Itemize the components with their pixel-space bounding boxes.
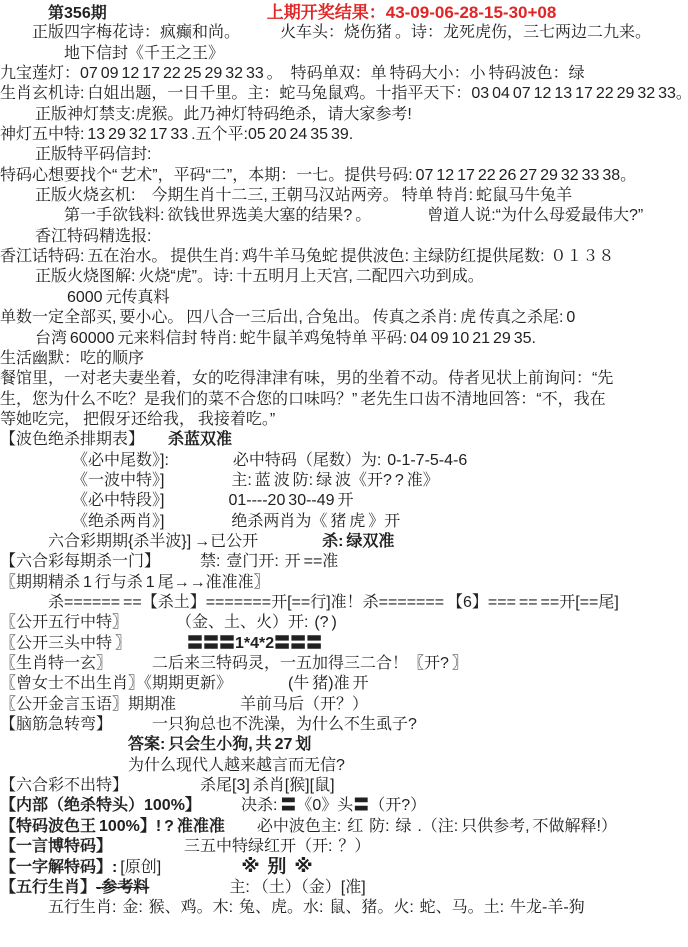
text-line-3: 地下信封《千王之王》 (0, 44, 688, 64)
text-segment: 《一波中特》] 主: 蓝 波 防: 绿 波《开? ? 准》 (0, 472, 439, 489)
text-line-16: 单数一定全部买, 要小心。 四八合一三后出, 合兔出。 传真之杀肖: 虎 传真之… (0, 308, 688, 328)
text-segment: 〖期期精杀 1 行与杀 1 尾→→准准准〗 (0, 574, 270, 591)
text-segment: 【一言博特码】 (0, 838, 104, 855)
text-segment: 〓〓〓1*4*2〓〓〓 (187, 635, 322, 652)
text-segment (161, 859, 241, 876)
text-line-4: 九宝莲灯：07 09 12 17 22 25 29 32 33 。 特码单双：单… (0, 64, 688, 84)
text-segment: 【脑筋急转弯】 一只狗总也不洗澡，为什么不生虱子? (0, 716, 417, 733)
text-segment: 生肖玄机诗: 白姐出题，一日千里。主：蛇马兔鼠鸡。十指平天下：03 04 07 … (0, 85, 688, 102)
text-line-33: 〖生肖特一玄〗 二后来三特码灵，一五加得三二合！〖开? 〗 (0, 654, 688, 674)
text-segment: 等她吃完， 把假牙还给我， 我接着吃。” (0, 411, 275, 428)
issue-number: 第356期 (48, 5, 107, 22)
text-line-5: 生肖玄机诗: 白姐出题，一日千里。主：蛇马兔鼠鸡。十指平天下：03 04 07 … (0, 84, 688, 104)
text-segment: 决杀: 〓《0》头〓（开?） (193, 797, 426, 814)
text-segment: 正版火烧玄机: 今期生肖十二三, 王朝马汉站两旁。 特单 特肖: 蛇鼠马牛兔羊 (0, 187, 572, 204)
header-line: 第356期 上期开奖结果：43-09-06-28-15-30+08 (0, 3, 688, 23)
text-line-45: 五行生肖: 金: 猴、鸡。木: 兔、虎。水: 鼠、猪。火: 蛇、马。土: 牛龙-… (0, 898, 688, 918)
text-segment: 生，您为什么不吃？是我们的菜不合您的口味吗？” 老先生口齿不清地回答：“不，我在 (0, 391, 606, 408)
text-segment: 六合彩期期{杀半波}] →已公开 (0, 533, 322, 550)
text-segment: 【内部（绝杀特头）100%】 (0, 797, 193, 814)
previous-draw-result: 上期开奖结果：43-09-06-28-15-30+08 (267, 3, 557, 22)
text-segment: 单数一定全部买, 要小心。 四八合一三后出, 合兔出。 传真之杀肖: 虎 传真之… (0, 309, 575, 326)
text-segment: 特码心想要找个“ 艺术”，平码“二”，本期：一七。提供号码: 07 12 17 … (0, 167, 636, 184)
text-line-43: 【一字解特码】: [原创] ※ 别 ※ (0, 857, 688, 877)
text-line-44: 【五行生肖】-参考料 主: （土）（金）[准] (0, 878, 688, 898)
text-segment: [原创] (120, 859, 161, 876)
text-segment: 九宝莲灯：07 09 12 17 22 25 29 32 33 。 特码单双：单… (0, 65, 585, 82)
text-line-42: 【一言博特码】 三五中特绿红开（开: ？） (0, 837, 688, 857)
text-segment (107, 5, 267, 22)
text-segment: 第一手欲钱料: 欲钱世界选美大塞的结果? 。 曾道人说:“为什么母爱最伟大?” (0, 207, 643, 224)
text-segment: 【六合彩每期杀一门】 禁: 壹门开: 开 ==准 (0, 553, 338, 570)
text-line-21: 等她吃完， 把假牙还给我， 我接着吃。” (0, 410, 688, 430)
text-line-13: 香江话特码: 五在治水。 提供生肖: 鸡牛羊马兔蛇 提供波色: 主绿防红提供尾数… (0, 247, 688, 267)
text-segment: 《绝杀两肖》] 绝杀两肖为《 猪 虎 》开 (0, 513, 400, 530)
text-segment: 【特码波色王 100%】! ? 准准准 (0, 818, 225, 835)
text-segment: 正版四字梅花诗：疯癫和尚。 火车头：烧伤猪 。诗：龙死虎伤，三七两边二九来。 (0, 24, 651, 41)
text-line-19: 餐馆里，一对老夫妻坐着，女的吃得津津有味，男的坐着不动。侍者见状上前询问：“先 (0, 369, 688, 389)
text-segment: 杀====== ==【杀土】=======开[==行]准！杀======= 【6… (0, 594, 619, 611)
text-line-41: 【特码波色王 100%】! ? 准准准 必中波色主: 红 防: 绿 .（注: 只… (0, 817, 688, 837)
text-line-28: 【六合彩每期杀一门】 禁: 壹门开: 开 ==准 (0, 552, 688, 572)
text-segment: 《必中尾数》]: 必中特码（尾数）为: 0-1-7-5-4-6 (0, 452, 467, 469)
text-line-24: 《一波中特》] 主: 蓝 波 防: 绿 波《开? ? 准》 (0, 471, 688, 491)
text-segment: 为什么现代人越来越言而无信? (0, 757, 345, 774)
text-line-31: 〖公开五行中特〗 （金、土、火）开: (? ) (0, 613, 688, 633)
text-line-10: 正版火烧玄机: 今期生肖十二三, 王朝马汉站两旁。 特单 特肖: 蛇鼠马牛兔羊 (0, 186, 688, 206)
text-segment: 地下信封《千王之王》 (0, 45, 224, 62)
text-segment: 【一字解特码】: (0, 859, 120, 876)
text-line-11: 第一手欲钱料: 欲钱世界选美大塞的结果? 。 曾道人说:“为什么母爱最伟大?” (0, 206, 688, 226)
text-line-32: 〖公开三头中特 〗 〓〓〓1*4*2〓〓〓 (0, 634, 688, 654)
text-segment: 6000 元传真料 (0, 289, 170, 306)
text-line-37: 答案: 只会生小狗, 共 27 划 (0, 735, 688, 755)
text-segment: 正版火烧图解: 火烧“虎”。诗: 十五明月上天宫, 二配四六功到成。 (0, 268, 484, 285)
text-segment: 台湾 60000 元来料信封 特肖: 蛇牛鼠羊鸡兔特单 平码: 04 09 10… (0, 330, 536, 347)
lottery-tip-sheet: 第356期 上期开奖结果：43-09-06-28-15-30+08 正版四字梅花… (0, 0, 688, 947)
text-line-29: 〖期期精杀 1 行与杀 1 尾→→准准准〗 (0, 573, 688, 593)
text-segment: 〖曾女士不出生肖〗《期期更新》 (牛 猪)准 开 (0, 675, 369, 692)
text-segment: 生活幽默：吃的顺序 (0, 350, 144, 367)
text-segment: 【六合彩不出特】 杀尾[3] 杀肖[猴][鼠] (0, 777, 335, 794)
text-line-39: 【六合彩不出特】 杀尾[3] 杀肖[猴][鼠] (0, 776, 688, 796)
text-line-25: 《必中特段》] 01----20 30--49 开 (0, 491, 688, 511)
text-line-27: 六合彩期期{杀半波}] →已公开 杀: 绿双准 (0, 532, 688, 552)
text-segment: -参考料 (96, 879, 149, 896)
text-segment: 〖公开金言玉语〗期期准 羊前马后（开？） (0, 696, 368, 713)
text-segment: 香江话特码: 五在治水。 提供生肖: 鸡牛羊马兔蛇 提供波色: 主绿防红提供尾数… (0, 248, 614, 265)
text-segment: 杀: 绿双准 (322, 533, 394, 550)
text-line-38: 为什么现代人越来越言而无信? (0, 756, 688, 776)
text-segment: 杀蓝双准 (136, 431, 232, 448)
text-line-34: 〖曾女士不出生肖〗《期期更新》 (牛 猪)准 开 (0, 674, 688, 694)
text-segment: 答案: 只会生小狗, 共 27 划 (128, 736, 311, 753)
text-segment: 【波色绝杀排期表】 (0, 431, 136, 448)
text-segment: 〖生肖特一玄〗 二后来三特码灵，一五加得三二合！〖开? 〗 (0, 655, 468, 672)
text-segment: 〖公开五行中特〗 （金、土、火）开: (? ) (0, 614, 337, 631)
text-segment: 香江特码精选报: (0, 228, 151, 245)
text-line-35: 〖公开金言玉语〗期期准 羊前马后（开？） (0, 695, 688, 715)
text-line-30: 杀====== ==【杀土】=======开[==行]准！杀======= 【6… (0, 593, 688, 613)
text-line-6: 正版神灯禁支:虎猴。此乃神灯特码绝杀，请大家参考! (0, 105, 688, 125)
text-line-23: 《必中尾数》]: 必中特码（尾数）为: 0-1-7-5-4-6 (0, 451, 688, 471)
text-segment (0, 5, 48, 22)
text-segment: 正版神灯禁支:虎猴。此乃神灯特码绝杀，请大家参考! (0, 106, 412, 123)
document-body: 第356期 上期开奖结果：43-09-06-28-15-30+08 正版四字梅花… (0, 3, 688, 918)
text-segment: 【五行生肖】 (0, 879, 96, 896)
text-line-36: 【脑筋急转弯】 一只狗总也不洗澡，为什么不生虱子? (0, 715, 688, 735)
text-segment (0, 736, 128, 753)
text-line-17: 台湾 60000 元来料信封 特肖: 蛇牛鼠羊鸡兔特单 平码: 04 09 10… (0, 329, 688, 349)
text-segment: 主: （土）（金）[准] (149, 879, 365, 896)
text-segment: 正版特平码信封: (0, 146, 151, 163)
text-line-2: 正版四字梅花诗：疯癫和尚。 火车头：烧伤猪 。诗：龙死虎伤，三七两边二九来。 (0, 23, 688, 43)
text-line-20: 生，您为什么不吃？是我们的菜不合您的口味吗？” 老先生口齿不清地回答：“不，我在 (0, 390, 688, 410)
text-line-22: 【波色绝杀排期表】 杀蓝双准 (0, 430, 688, 450)
text-line-9: 特码心想要找个“ 艺术”，平码“二”，本期：一七。提供号码: 07 12 17 … (0, 166, 688, 186)
text-segment: ※ 别 ※ (241, 857, 315, 877)
text-line-7: 神灯五中特: 13 29 32 17 33 .五个平:05 20 24 35 3… (0, 125, 688, 145)
text-segment: 神灯五中特: 13 29 32 17 33 .五个平:05 20 24 35 3… (0, 126, 353, 143)
text-line-26: 《绝杀两肖》] 绝杀两肖为《 猪 虎 》开 (0, 512, 688, 532)
text-segment: 《必中特段》] 01----20 30--49 开 (0, 492, 354, 509)
text-line-15: 6000 元传真料 (0, 288, 688, 308)
text-line-18: 生活幽默：吃的顺序 (0, 349, 688, 369)
text-line-8: 正版特平码信封: (0, 145, 688, 165)
text-segment: 五行生肖: 金: 猴、鸡。木: 兔、虎。水: 鼠、猪。火: 蛇、马。土: 牛龙-… (0, 899, 585, 916)
text-segment: 必中波色主: 红 防: 绿 .（注: 只供参考, 不做解释!） (225, 818, 617, 835)
text-line-12: 香江特码精选报: (0, 227, 688, 247)
text-line-14: 正版火烧图解: 火烧“虎”。诗: 十五明月上天宫, 二配四六功到成。 (0, 267, 688, 287)
text-segment: 三五中特绿红开（开: ？） (104, 838, 370, 855)
text-line-40: 【内部（绝杀特头）100%】 决杀: 〓《0》头〓（开?） (0, 796, 688, 816)
text-segment: 〖公开三头中特 〗 (0, 635, 187, 652)
text-segment: 餐馆里，一对老夫妻坐着，女的吃得津津有味，男的坐着不动。侍者见状上前询问：“先 (0, 370, 613, 387)
